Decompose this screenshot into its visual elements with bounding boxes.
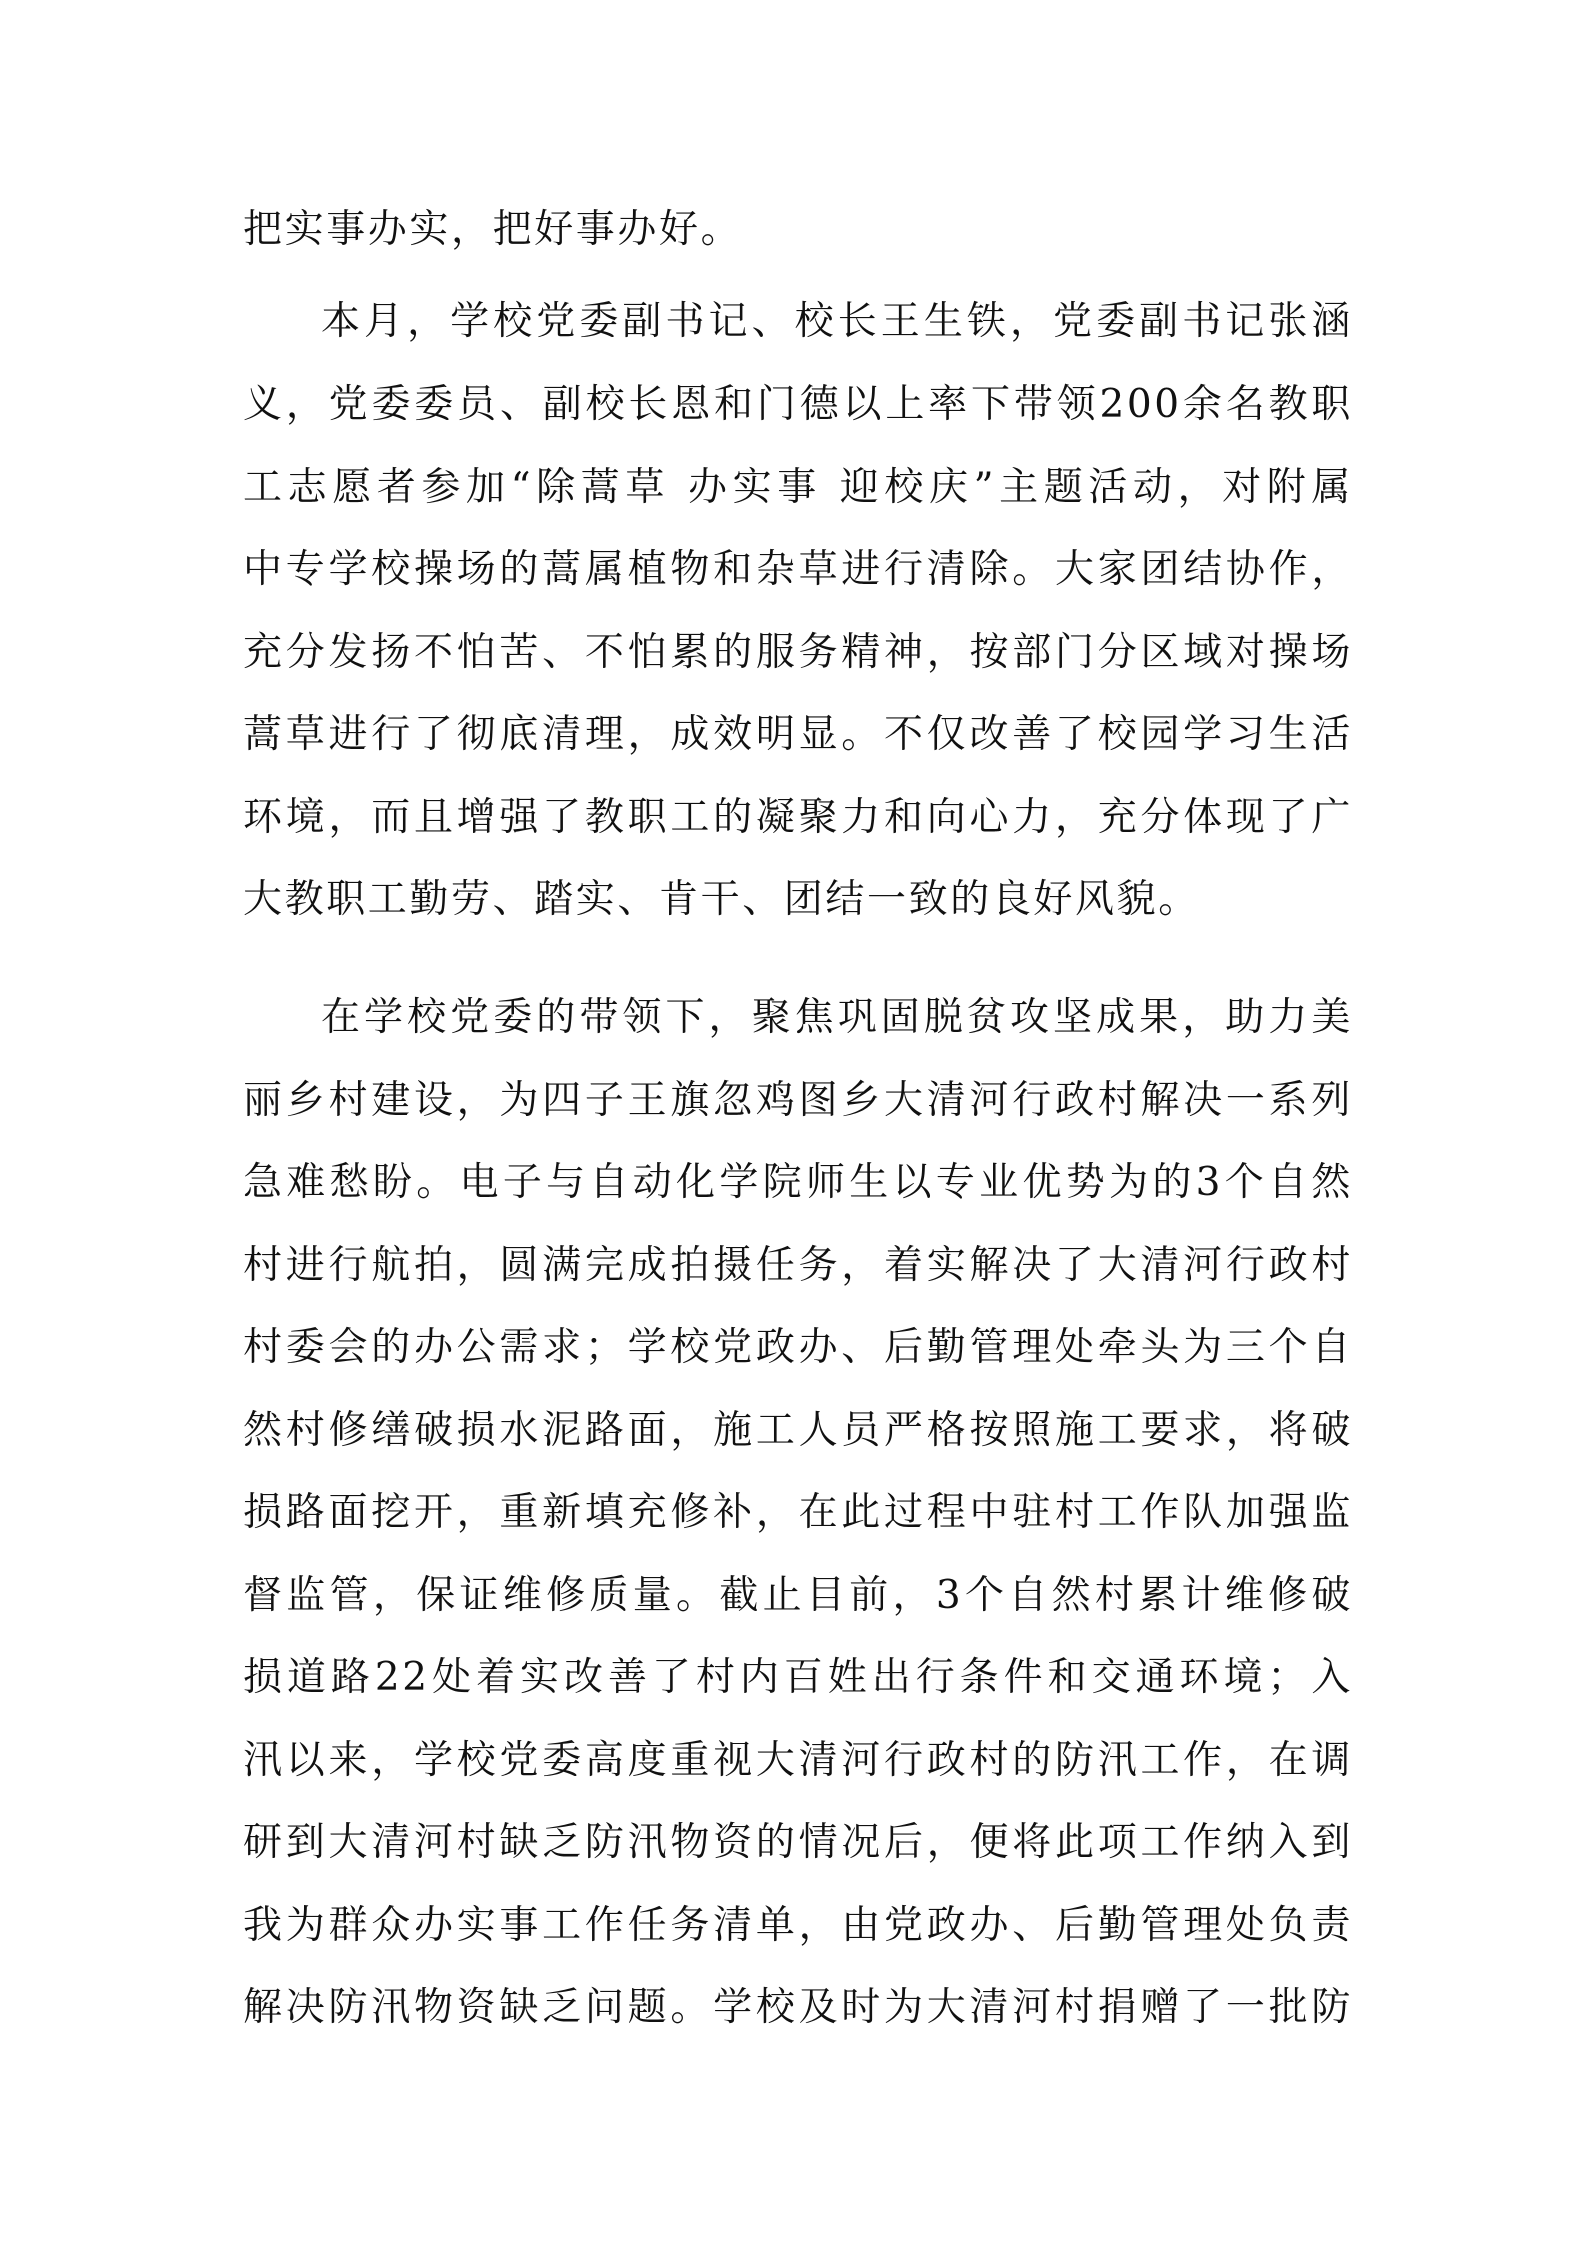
paragraph-2-line-0: 在学校党委的带领下，聚焦巩固脱贫攻坚成果，助力美: [321, 988, 1353, 1048]
paragraph-2-line-7: 督监管，保证维修质量。截止目前，3个自然村累计维修破: [243, 1566, 1353, 1626]
paragraph-2-line-5: 然村修缮破损水泥路面，施工人员严格按照施工要求，将破: [243, 1401, 1353, 1461]
paragraph-1-line-7: 大教职工勤劳、踏实、肯干、团结一致的良好风貌。: [243, 870, 1353, 930]
paragraph-2-line-2: 急难愁盼。电子与自动化学院师生以专业优势为的3个自然: [243, 1153, 1353, 1213]
paragraph-2-line-1: 丽乡村建设，为四子王旗忽鸡图乡大清河行政村解决一系列: [243, 1071, 1353, 1131]
paragraph-2-line-6: 损路面挖开，重新填充修补，在此过程中驻村工作队加强监: [243, 1483, 1353, 1543]
paragraph-1-line-1: 义，党委委员、副校长恩和门德以上率下带领200余名教职: [243, 375, 1353, 435]
paragraph-0-line-0: 把实事办实，把好事办好。: [243, 200, 1353, 260]
paragraph-1-line-4: 充分发扬不怕苦、不怕累的服务精神，按部门分区域对操场: [243, 623, 1353, 683]
paragraph-2-line-11: 我为群众办实事工作任务清单，由党政办、后勤管理处负责: [243, 1896, 1353, 1956]
paragraph-2-line-8: 损道路22处着实改善了村内百姓出行条件和交通环境；入: [243, 1648, 1353, 1708]
paragraph-1-line-2: 工志愿者参加“除蒿草 办实事 迎校庆”主题活动，对附属: [243, 458, 1353, 518]
paragraph-2-line-12: 解决防汛物资缺乏问题。学校及时为大清河村捐赠了一批防: [243, 1978, 1353, 2038]
paragraph-1-line-0: 本月，学校党委副书记、校长王生铁，党委副书记张涵: [321, 292, 1353, 352]
paragraph-2-line-4: 村委会的办公需求；学校党政办、后勤管理处牵头为三个自: [243, 1318, 1353, 1378]
paragraph-1-line-3: 中专学校操场的蒿属植物和杂草进行清除。大家团结协作，: [243, 540, 1353, 600]
paragraph-1-line-6: 环境，而且增强了教职工的凝聚力和向心力，充分体现了广: [243, 788, 1353, 848]
paragraph-2-line-3: 村进行航拍，圆满完成拍摄任务，着实解决了大清河行政村: [243, 1236, 1353, 1296]
document-page: 把实事办实，把好事办好。 本月，学校党委副书记、校长王生铁，党委副书记张涵 义，…: [0, 0, 1587, 2245]
paragraph-1-line-5: 蒿草进行了彻底清理，成效明显。不仅改善了校园学习生活: [243, 705, 1353, 765]
paragraph-2-line-10: 研到大清河村缺乏防汛物资的情况后，便将此项工作纳入到: [243, 1813, 1353, 1873]
paragraph-2-line-9: 汛以来，学校党委高度重视大清河行政村的防汛工作，在调: [243, 1731, 1353, 1791]
